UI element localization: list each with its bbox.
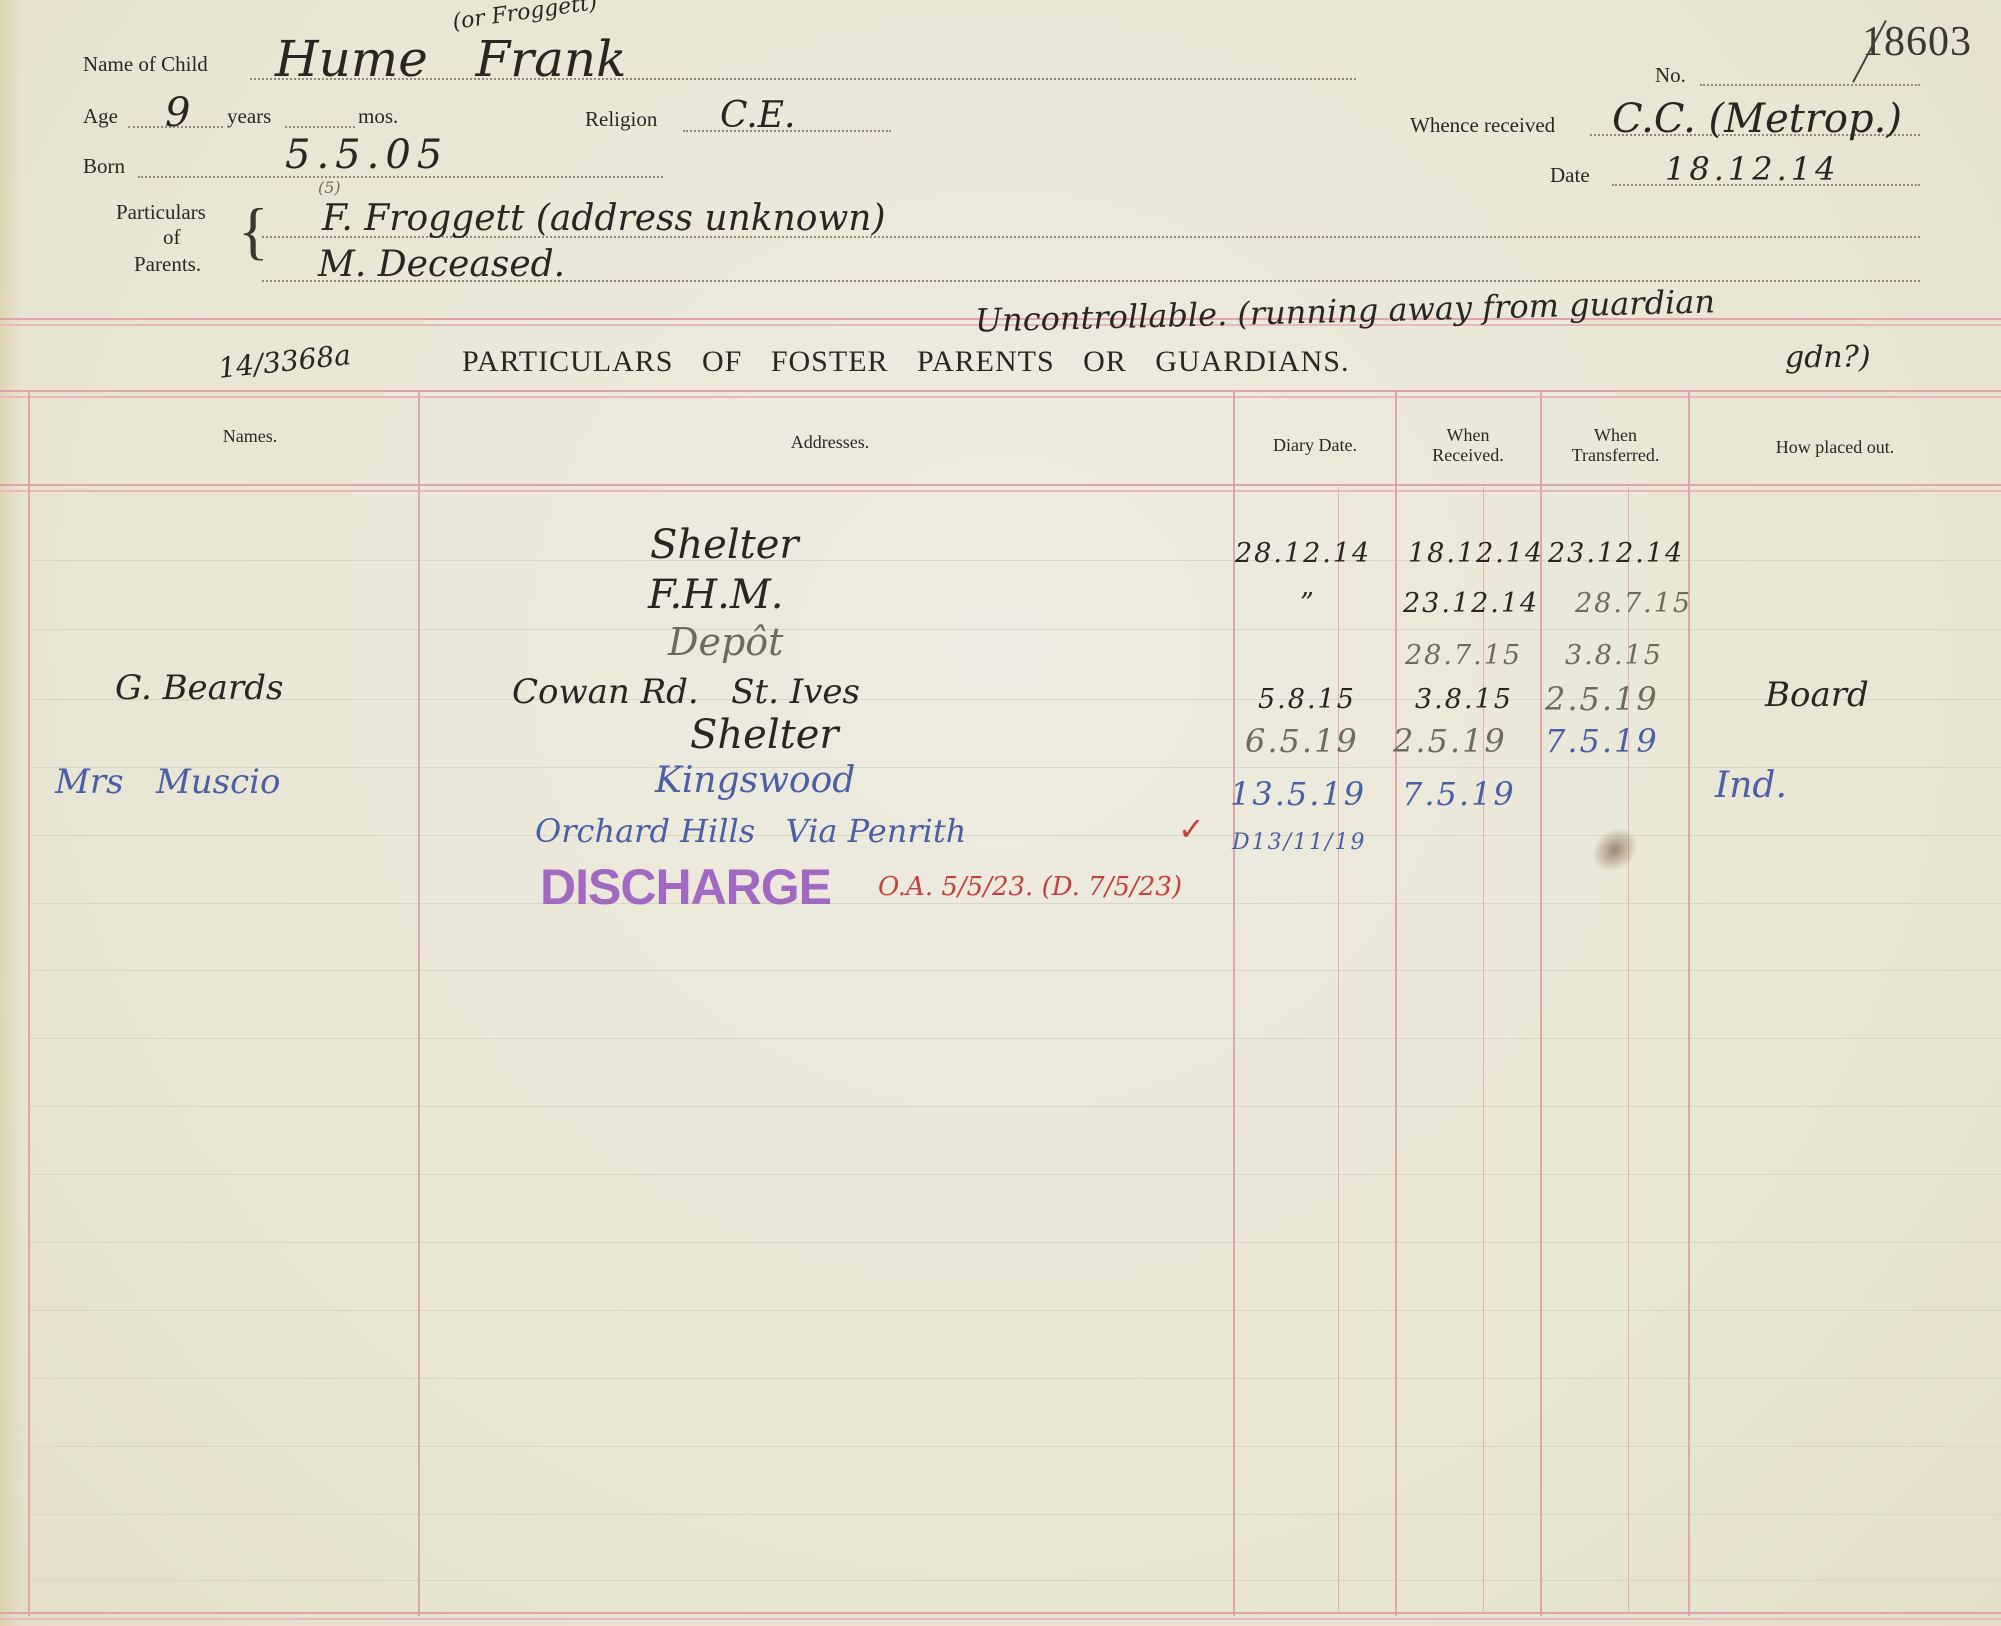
whence-received-value: C.C. (Metrop.) <box>1612 96 1902 142</box>
no-label: No. <box>1655 63 1686 88</box>
ledger-rule <box>28 560 2001 561</box>
row-4-diary-date: 6.5.19 <box>1245 722 1359 760</box>
ledger-rule <box>28 903 2001 904</box>
when-received-line-2: Received. <box>1398 445 1538 465</box>
particulars-label-2: of <box>163 225 181 250</box>
ledger-rule <box>28 699 2001 700</box>
whence-received-label: Whence received <box>1410 113 1555 138</box>
uncontrollable-note-line-2: gdn?) <box>1785 340 1871 375</box>
when-transferred-line-2: Transferred. <box>1543 445 1688 465</box>
row-5-address: Kingswood <box>655 760 855 801</box>
age-label: Age <box>83 104 118 129</box>
column-header-addresses: Addresses. <box>750 432 910 452</box>
years-label: years <box>227 104 271 129</box>
ledger-rule <box>28 1514 2001 1515</box>
row-0-received: 18.12.14 <box>1408 538 1544 569</box>
born-label: Born <box>83 154 125 179</box>
ledger-rule <box>28 1106 2001 1107</box>
ledger-rule <box>28 1242 2001 1243</box>
row-5-received: 7.5.19 <box>1402 775 1516 813</box>
row-5-name: Mrs Muscio <box>55 762 280 802</box>
mos-label: mos. <box>358 104 398 129</box>
ledger-rule <box>28 1174 2001 1175</box>
ledger-rule <box>28 1038 2001 1039</box>
diary-received-divider <box>1395 390 1397 1616</box>
row-3-address: Cowan Rd. St. Ives <box>512 672 860 712</box>
religion-value: C.E. <box>720 95 795 136</box>
name-of-child-label: Name of Child <box>83 52 208 77</box>
row-4-transferred: 7.5.19 <box>1545 722 1659 760</box>
row-3-received: 3.8.15 <box>1415 684 1513 715</box>
row-3-how-placed-out: Board <box>1765 675 1869 715</box>
row-1-address: F.H.M. <box>648 572 784 618</box>
date-value: 18.12.14 <box>1665 150 1840 188</box>
row-2-address: Depôt <box>668 620 783 664</box>
age-years-value: 9 <box>165 90 190 136</box>
particulars-label-1: Particulars <box>116 200 206 225</box>
table-header-top-rule <box>0 390 2001 392</box>
when-transferred-line-1: When <box>1543 425 1688 445</box>
row-5-how-placed-out: Ind. <box>1715 765 1787 806</box>
row-0-transferred: 23.12.14 <box>1548 538 1684 569</box>
row-1-received: 23.12.14 <box>1403 588 1539 619</box>
row-6-diary-date: D13/11/19 <box>1232 830 1366 855</box>
ledger-rule <box>28 767 2001 768</box>
row-1-diary-date: ” <box>1300 588 1316 619</box>
table-header-bottom-rule <box>0 484 2001 486</box>
date-label: Date <box>1550 163 1590 188</box>
row-2-transferred: 3.8.15 <box>1565 640 1663 671</box>
no-line <box>1700 84 1920 86</box>
check-mark-icon: ✓ <box>1178 810 1205 848</box>
file-reference: 14/3368a <box>217 338 353 385</box>
names-addresses-divider <box>418 390 420 1616</box>
addresses-diary-divider <box>1233 390 1235 1616</box>
row-5-diary-date: 13.5.19 <box>1230 775 1366 813</box>
row-3-diary-date: 5.8.15 <box>1258 684 1356 715</box>
religion-label: Religion <box>585 107 657 132</box>
ledger-rule <box>28 1378 2001 1379</box>
parents-line-1-value: F. Froggett (address unknown) <box>322 198 885 239</box>
section-title: PARTICULARS OF FOSTER PARENTS OR GUARDIA… <box>462 345 1349 379</box>
row-4-address: Shelter <box>690 712 839 758</box>
particulars-brace: { <box>238 196 269 266</box>
ink-smudge <box>1583 819 1647 882</box>
record-number: 18603 <box>1862 18 1972 66</box>
particulars-label-3: Parents. <box>134 252 201 277</box>
age-mos-line <box>285 126 355 128</box>
discharge-note: O.A. 5/5/23. (D. 7/5/23) <box>878 872 1182 902</box>
diary-subdivider <box>1338 487 1339 1613</box>
ledger-rule <box>28 629 2001 630</box>
column-header-names: Names. <box>180 426 320 446</box>
row-0-address: Shelter <box>650 522 799 568</box>
column-header-diary-date: Diary Date. <box>1240 435 1390 455</box>
received-transferred-divider <box>1540 390 1542 1616</box>
row-4-received: 2.5.19 <box>1393 722 1507 760</box>
left-margin-rule <box>28 390 30 1616</box>
uncontrollable-note-line-1: Uncontrollable. (running away from guard… <box>975 282 1716 339</box>
parents-line-2-value: M. Deceased. <box>318 244 565 285</box>
column-header-when-received: When Received. <box>1398 425 1538 465</box>
column-header-when-transferred: When Transferred. <box>1543 425 1688 465</box>
ledger-rule <box>28 970 2001 971</box>
row-6-address: Orchard Hills Via Penrith <box>535 812 966 850</box>
column-header-how-placed-out: How placed out. <box>1740 437 1930 457</box>
page-bottom-rule <box>0 1612 2001 1614</box>
ledger-rule <box>28 1580 2001 1581</box>
discharge-stamp: DISCHARGE <box>540 858 831 916</box>
born-value: 5.5.05 <box>285 132 448 178</box>
transferred-how-divider <box>1688 390 1690 1616</box>
row-3-name: G. Beards <box>115 668 283 708</box>
ledger-rule <box>28 1310 2001 1311</box>
name-of-child-value: Hume Frank <box>275 30 626 88</box>
parents-line-1-prefix: (5) <box>318 178 341 197</box>
row-2-received: 28.7.15 <box>1405 640 1522 671</box>
row-0-diary-date: 28.12.14 <box>1235 538 1371 569</box>
ledger-rule <box>28 835 2001 836</box>
row-3-transferred: 2.5.19 <box>1545 680 1659 718</box>
ledger-rule <box>28 1446 2001 1447</box>
row-1-transferred: 28.7.15 <box>1575 588 1692 619</box>
when-received-line-1: When <box>1398 425 1538 445</box>
